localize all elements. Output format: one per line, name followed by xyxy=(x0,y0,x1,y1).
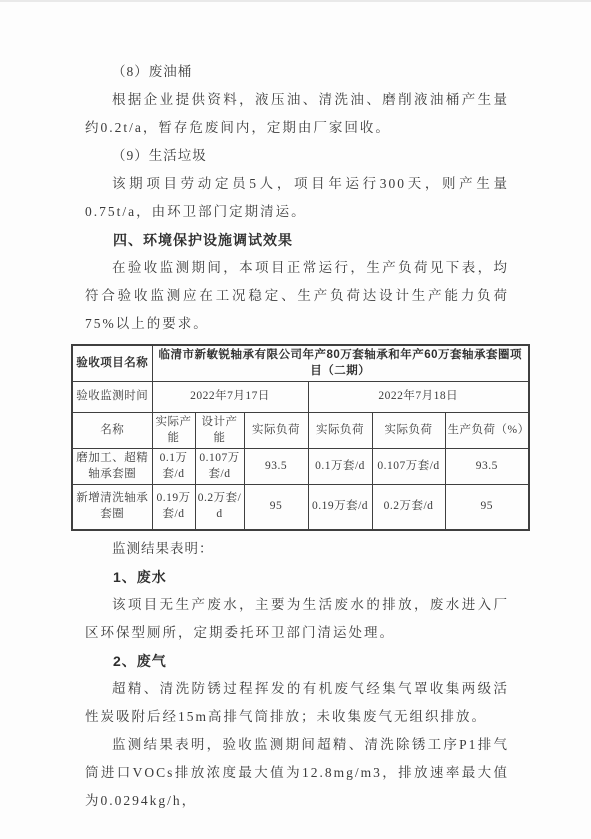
table-row-project-name: 验收项目名称 临清市新敏锐轴承有限公司年产80万套轴承和年产60万套轴承套圈项目… xyxy=(72,345,529,382)
table-row-cleaning: 新增清洗轴承套圈 0.19万套/d 0.2万套/d 95 0.19万套/d 0.… xyxy=(72,485,529,530)
monitor-date-2-cell: 2022年7月18日 xyxy=(308,382,529,413)
table-cell: 0.1万套/d xyxy=(152,449,195,485)
para-waste-gas-1: 超精、清洗防锈过程挥发的有机废气经集气罩收集两级活性炭吸附后经15m高排气筒排放… xyxy=(85,675,509,731)
table-cell: 93.5 xyxy=(445,449,529,485)
project-name-value-cell: 临清市新敏锐轴承有限公司年产80万套轴承和年产60万套轴承套圈项目（二期） xyxy=(152,345,529,382)
project-name-label-cell: 验收项目名称 xyxy=(72,345,152,382)
table-cell: 95 xyxy=(445,485,529,530)
table-header-cell: 实际负荷 xyxy=(308,413,372,449)
heading-wastewater: 1、废水 xyxy=(85,563,509,591)
para-waste-oil-drum: 根据企业提供资料，液压油、清洗油、磨削液油桶产生量约0.2t/a，暂存危废间内，… xyxy=(85,86,509,142)
para-domestic-garbage: 该期项目劳动定员5人，项目年运行300天，则产生量0.75t/a，由环卫部门定期… xyxy=(85,170,509,226)
table-cell: 0.19万套/d xyxy=(152,485,195,530)
table-cell: 0.2万套/d xyxy=(372,485,445,530)
section-4-heading: 四、环境保护设施调试效果 xyxy=(85,226,509,254)
table-cell: 0.107万套/d xyxy=(195,449,244,485)
document-page: （8）废油桶 根据企业提供资料，液压油、清洗油、磨削液油桶产生量约0.2t/a，… xyxy=(0,0,591,839)
monitor-time-label-cell: 验收监测时间 xyxy=(72,382,152,413)
table-cell: 磨加工、超精轴承套圈 xyxy=(72,449,152,485)
heading-waste-gas: 2、废气 xyxy=(85,647,509,675)
table-cell: 0.2万套/d xyxy=(195,485,244,530)
table-header-cell: 实际负荷 xyxy=(372,413,445,449)
table-row-grinding: 磨加工、超精轴承套圈 0.1万套/d 0.107万套/d 93.5 0.1万套/… xyxy=(72,449,529,485)
table-header-row: 名称 实际产能 设计产能 实际负荷 实际负荷 实际负荷 生产负荷（%） xyxy=(72,413,529,449)
table-header-cell: 名称 xyxy=(72,413,152,449)
heading-domestic-garbage: （9）生活垃圾 xyxy=(85,142,509,170)
table-cell: 93.5 xyxy=(244,449,308,485)
production-load-table: 验收项目名称 临清市新敏锐轴承有限公司年产80万套轴承和年产60万套轴承套圈项目… xyxy=(71,344,530,531)
para-waste-gas-2: 监测结果表明，验收监测期间超精、清洗除锈工序P1排气筒进口VOCs排放浓度最大值… xyxy=(85,731,509,815)
table-cell: 新增清洗轴承套圈 xyxy=(72,485,152,530)
monitor-date-1-cell: 2022年7月17日 xyxy=(152,382,308,413)
para-wastewater: 该项目无生产废水，主要为生活废水的排放，废水进入厂区环保型厕所，定期委托环卫部门… xyxy=(85,591,509,647)
page-top-edge xyxy=(0,0,591,2)
table-header-cell: 实际负荷 xyxy=(244,413,308,449)
table-cell: 0.107万套/d xyxy=(372,449,445,485)
document-content: （8）废油桶 根据企业提供资料，液压油、清洗油、磨削液油桶产生量约0.2t/a，… xyxy=(0,0,591,815)
table-row-monitor-time: 验收监测时间 2022年7月17日 2022年7月18日 xyxy=(72,382,529,413)
results-note: 监测结果表明： xyxy=(85,535,509,563)
table-cell: 0.1万套/d xyxy=(308,449,372,485)
section-4-intro: 在验收监测期间，本项目正常运行，生产负荷见下表，均符合验收监测应在工况稳定、生产… xyxy=(85,254,509,338)
table-header-cell: 设计产能 xyxy=(195,413,244,449)
table-header-cell: 生产负荷（%） xyxy=(445,413,529,449)
heading-waste-oil-drum: （8）废油桶 xyxy=(85,58,509,86)
table-cell: 95 xyxy=(244,485,308,530)
table-cell: 0.19万套/d xyxy=(308,485,372,530)
table-header-cell: 实际产能 xyxy=(152,413,195,449)
